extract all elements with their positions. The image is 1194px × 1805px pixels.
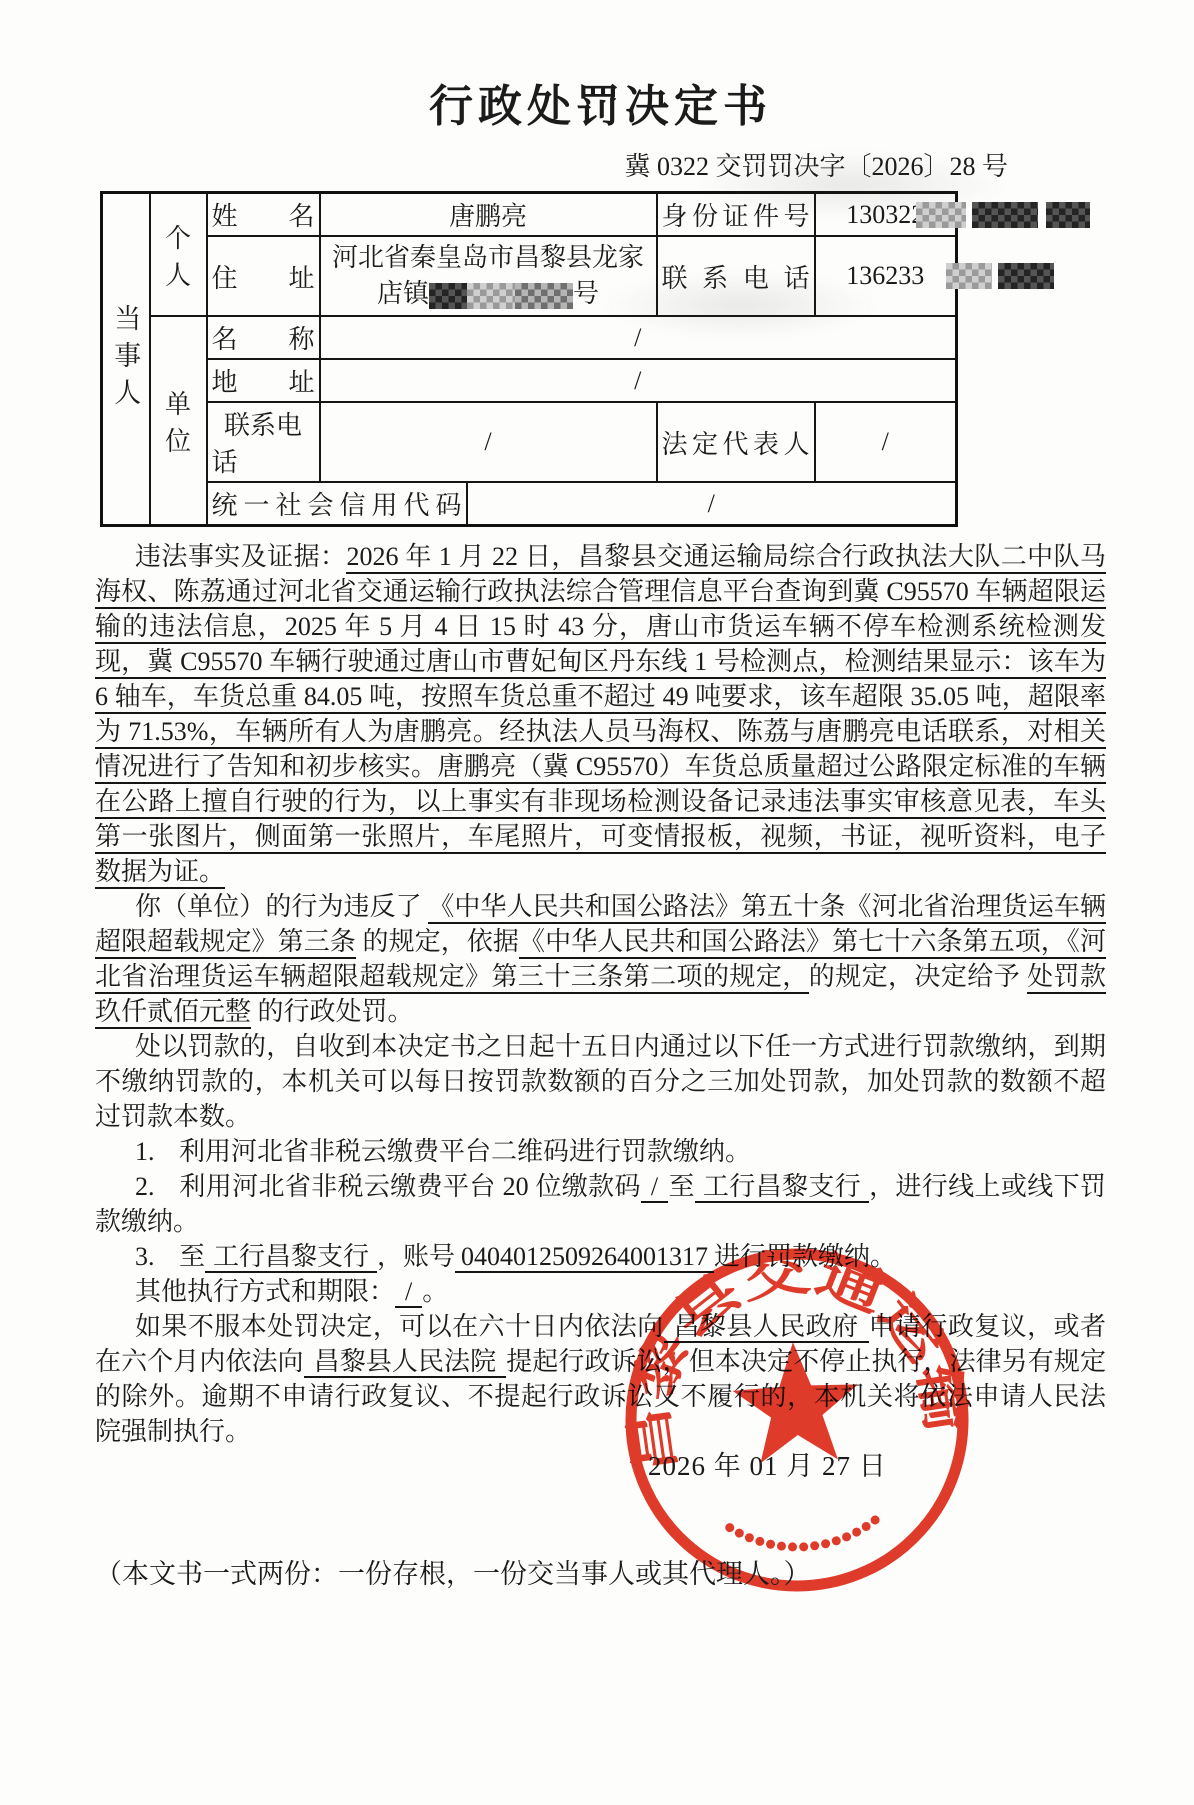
facts-label: 违法事实及证据： [135,542,346,571]
redaction-block [916,202,966,228]
other-execution-value: / [395,1277,422,1308]
payment-intro-paragraph: 处以罚款的，自收到本决定书之日起十五日内通过以下任一方式进行罚款缴纳，到期不缴纳… [95,1029,1106,1134]
table-row: 当事人 个人 姓名 唐鹏亮 身份证件号 130322 [102,193,957,237]
table-row: 地址 / [102,359,957,402]
redaction-block [429,283,467,309]
credit-code-value: / [467,482,957,526]
redaction-block [1046,202,1090,228]
bank-name: 工行昌黎支行 [695,1172,869,1203]
party-group-label: 当事人 [102,193,150,526]
person-group-label: 个人 [150,193,207,317]
name-label: 姓名 [207,193,320,237]
page-title: 行政处罚决定书 [95,70,1106,134]
id-value: 130322 [815,193,957,237]
unit-group-label: 单位 [150,316,207,526]
redaction-block [467,283,515,309]
phone-label: 联系电话 [657,236,815,316]
id-label: 身份证件号 [657,193,815,237]
name-value: 唐鹏亮 [320,193,657,237]
payment-code: / [641,1172,668,1203]
credit-code-label: 统一社会信用代码 [207,482,467,526]
seal-code-dots [725,1515,881,1555]
legal-rep-label: 法定代表人 [657,402,815,482]
bank-name: 工行昌黎支行 [205,1242,377,1273]
party-info-table: 当事人 个人 姓名 唐鹏亮 身份证件号 130322 住址 河北省秦皇岛市昌黎县… [100,191,958,527]
table-row: 住址 河北省秦皇岛市昌黎县龙家店镇号 联系电话 136233 [102,236,957,316]
unit-name-value: / [320,316,957,359]
redaction-block [998,263,1054,289]
unit-phone-value: / [320,402,657,482]
facts-paragraph: 违法事实及证据：2026 年 1 月 22 日，昌黎县交通运输局综合行政执法大队… [95,539,1106,889]
redaction-block [515,283,573,309]
court-name: 昌黎县人民法院 [304,1347,507,1378]
legal-rep-value: / [815,402,957,482]
table-row: 单位 名称 / [102,316,957,359]
violation-paragraph: 你（单位）的行为违反了 《中华人民共和国公路法》第五十条《河北省治理货运车辆超限… [95,889,1106,1029]
facts-text: 2026 年 1 月 22 日，昌黎县交通运输局综合行政执法大队二中队马海权、陈… [95,542,1106,889]
address-label: 住址 [207,236,320,316]
unit-address-value: / [320,359,957,402]
redaction-block [972,202,1038,228]
decision-date: 2026 年 01 月 27 日 [648,1444,887,1483]
unit-name-label: 名称 [207,316,320,359]
table-row: 联系电话 / 法定代表人 / [102,402,957,482]
address-value: 河北省秦皇岛市昌黎县龙家店镇号 [320,236,657,316]
phone-value: 136233 [815,236,957,316]
footer-note: （本文书一式两份：一份存根，一份交当事人或其代理人。） [95,1552,811,1591]
payment-item-1: 1.利用河北省非税云缴费平台二维码进行罚款缴纳。 [95,1134,1106,1169]
unit-address-label: 地址 [207,359,320,402]
unit-phone-label: 联系电话 [207,402,320,482]
table-row: 统一社会信用代码 / [102,482,957,526]
redaction-block [946,263,992,289]
penalty-decision-document: 行政处罚决定书 冀 0322 交罚罚决字〔2026〕28 号 当事人 个人 姓名… [0,0,1194,1805]
document-number: 冀 0322 交罚罚决字〔2026〕28 号 [95,146,1106,183]
